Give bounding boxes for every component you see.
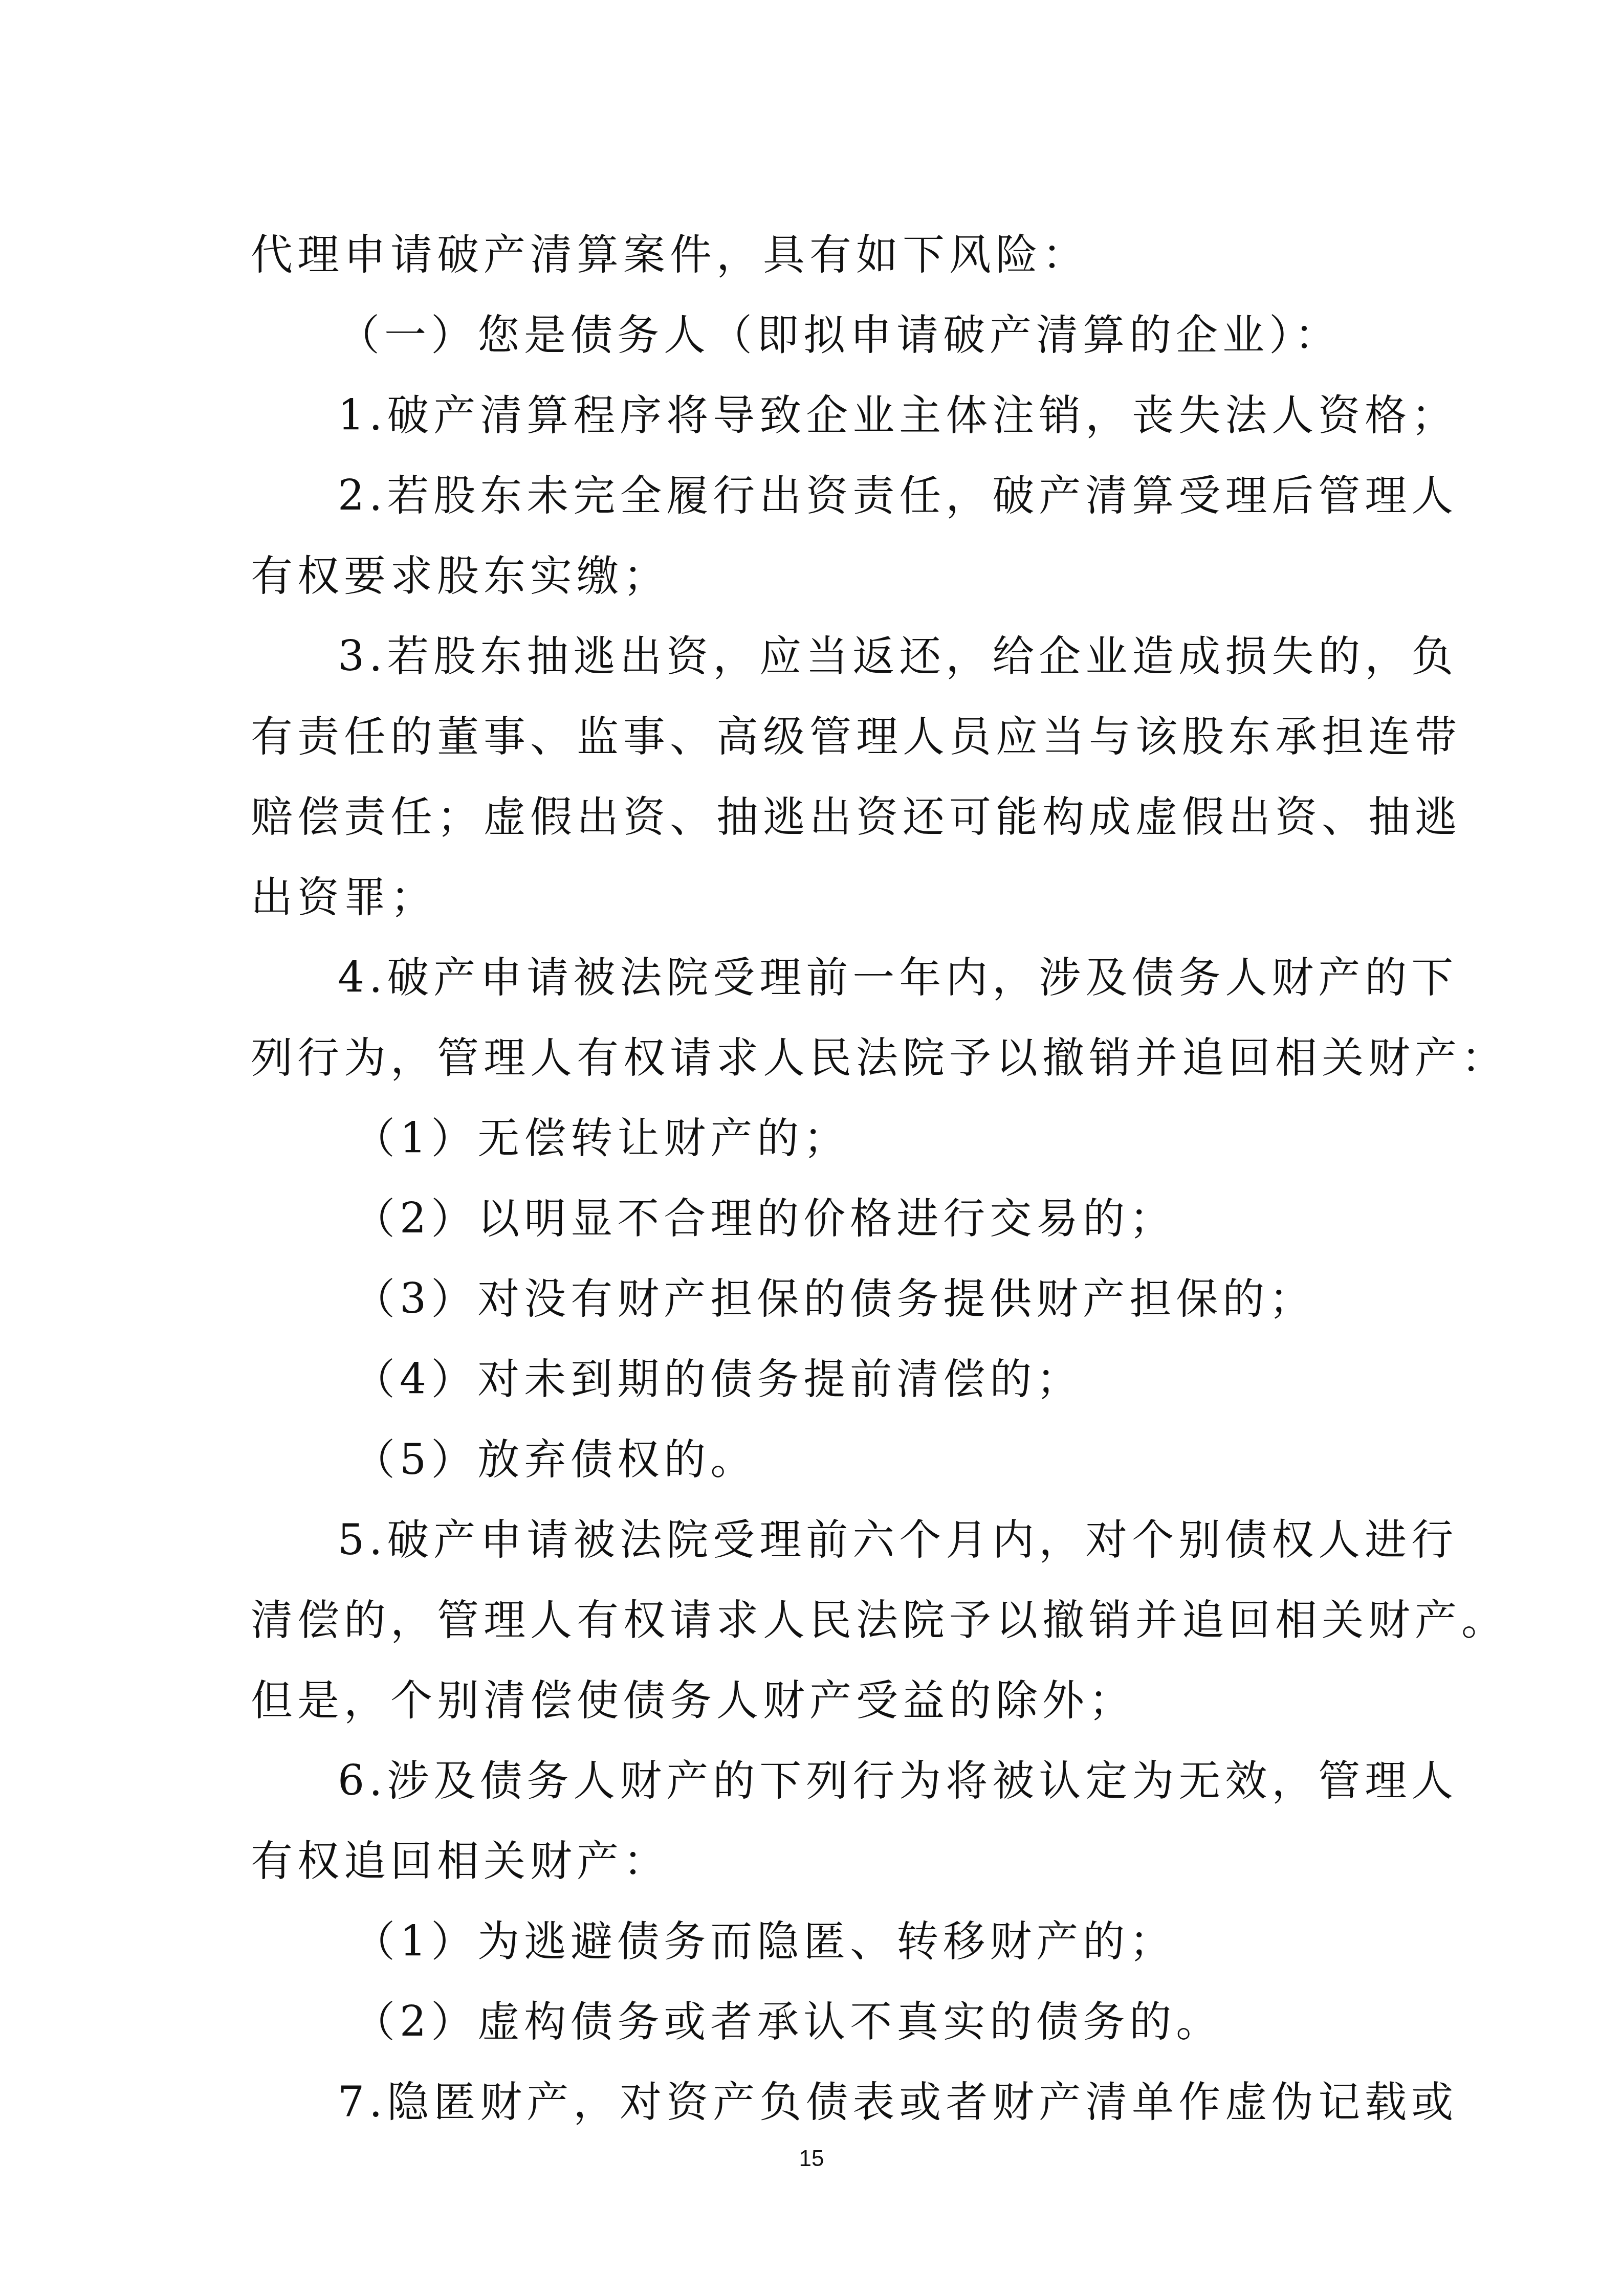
risk-item-3-cont-1: 有责任的董事、监事、高级管理人员应当与该股东承担连带 (251, 697, 1392, 777)
risk-item-6-cont: 有权追回相关财产： (251, 1821, 1392, 1902)
risk-item-5-cont-1: 清偿的，管理人有权请求人民法院予以撤销并追回相关财产。 (251, 1580, 1392, 1661)
risk-item-4: 4.破产申请被法院受理前一年内，涉及债务人财产的下 (251, 938, 1392, 1018)
risk-item-3-cont-3: 出资罪； (251, 857, 1392, 938)
risk-item-5: 5.破产申请被法院受理前六个月内，对个别债权人进行 (251, 1500, 1392, 1580)
document-body: 代理申请破产清算案件，具有如下风险： （一）您是债务人（即拟申请破产清算的企业）… (251, 215, 1392, 2143)
risk-item-4-sub-3: （3）对没有财产担保的债务提供财产担保的； (251, 1259, 1392, 1339)
risk-item-2: 2.若股东未完全履行出资责任，破产清算受理后管理人 (251, 456, 1392, 536)
risk-item-2-cont: 有权要求股东实缴； (251, 536, 1392, 616)
risk-item-4-cont: 列行为，管理人有权请求人民法院予以撤销并追回相关财产： (251, 1018, 1392, 1098)
risk-item-1: 1.破产清算程序将导致企业主体注销，丧失法人资格； (251, 376, 1392, 456)
risk-item-6: 6.涉及债务人财产的下列行为将被认定为无效，管理人 (251, 1741, 1392, 1821)
risk-item-4-sub-1: （1）无偿转让财产的； (251, 1098, 1392, 1179)
risk-item-4-sub-5: （5）放弃债权的。 (251, 1420, 1392, 1500)
risk-item-3: 3.若股东抽逃出资，应当返还，给企业造成损失的，负 (251, 616, 1392, 697)
risk-item-3-cont-2: 赔偿责任；虚假出资、抽逃出资还可能构成虚假出资、抽逃 (251, 777, 1392, 857)
risk-item-4-sub-2: （2）以明显不合理的价格进行交易的； (251, 1179, 1392, 1259)
risk-item-7: 7.隐匿财产，对资产负债表或者财产清单作虚伪记载或 (251, 2062, 1392, 2143)
risk-item-5-cont-2: 但是，个别清偿使债务人财产受益的除外； (251, 1661, 1392, 1741)
risk-item-4-sub-4: （4）对未到期的债务提前清偿的； (251, 1339, 1392, 1420)
page-number: 15 (0, 2146, 1623, 2172)
paragraph-line-intro: 代理申请破产清算案件，具有如下风险： (251, 215, 1392, 295)
risk-item-6-sub-1: （1）为逃避债务而隐匿、转移财产的； (251, 1902, 1392, 1982)
document-page: 代理申请破产清算案件，具有如下风险： （一）您是债务人（即拟申请破产清算的企业）… (0, 0, 1623, 2296)
section-heading-debtor: （一）您是债务人（即拟申请破产清算的企业）： (251, 295, 1392, 376)
risk-item-6-sub-2: （2）虚构债务或者承认不真实的债务的。 (251, 1982, 1392, 2062)
